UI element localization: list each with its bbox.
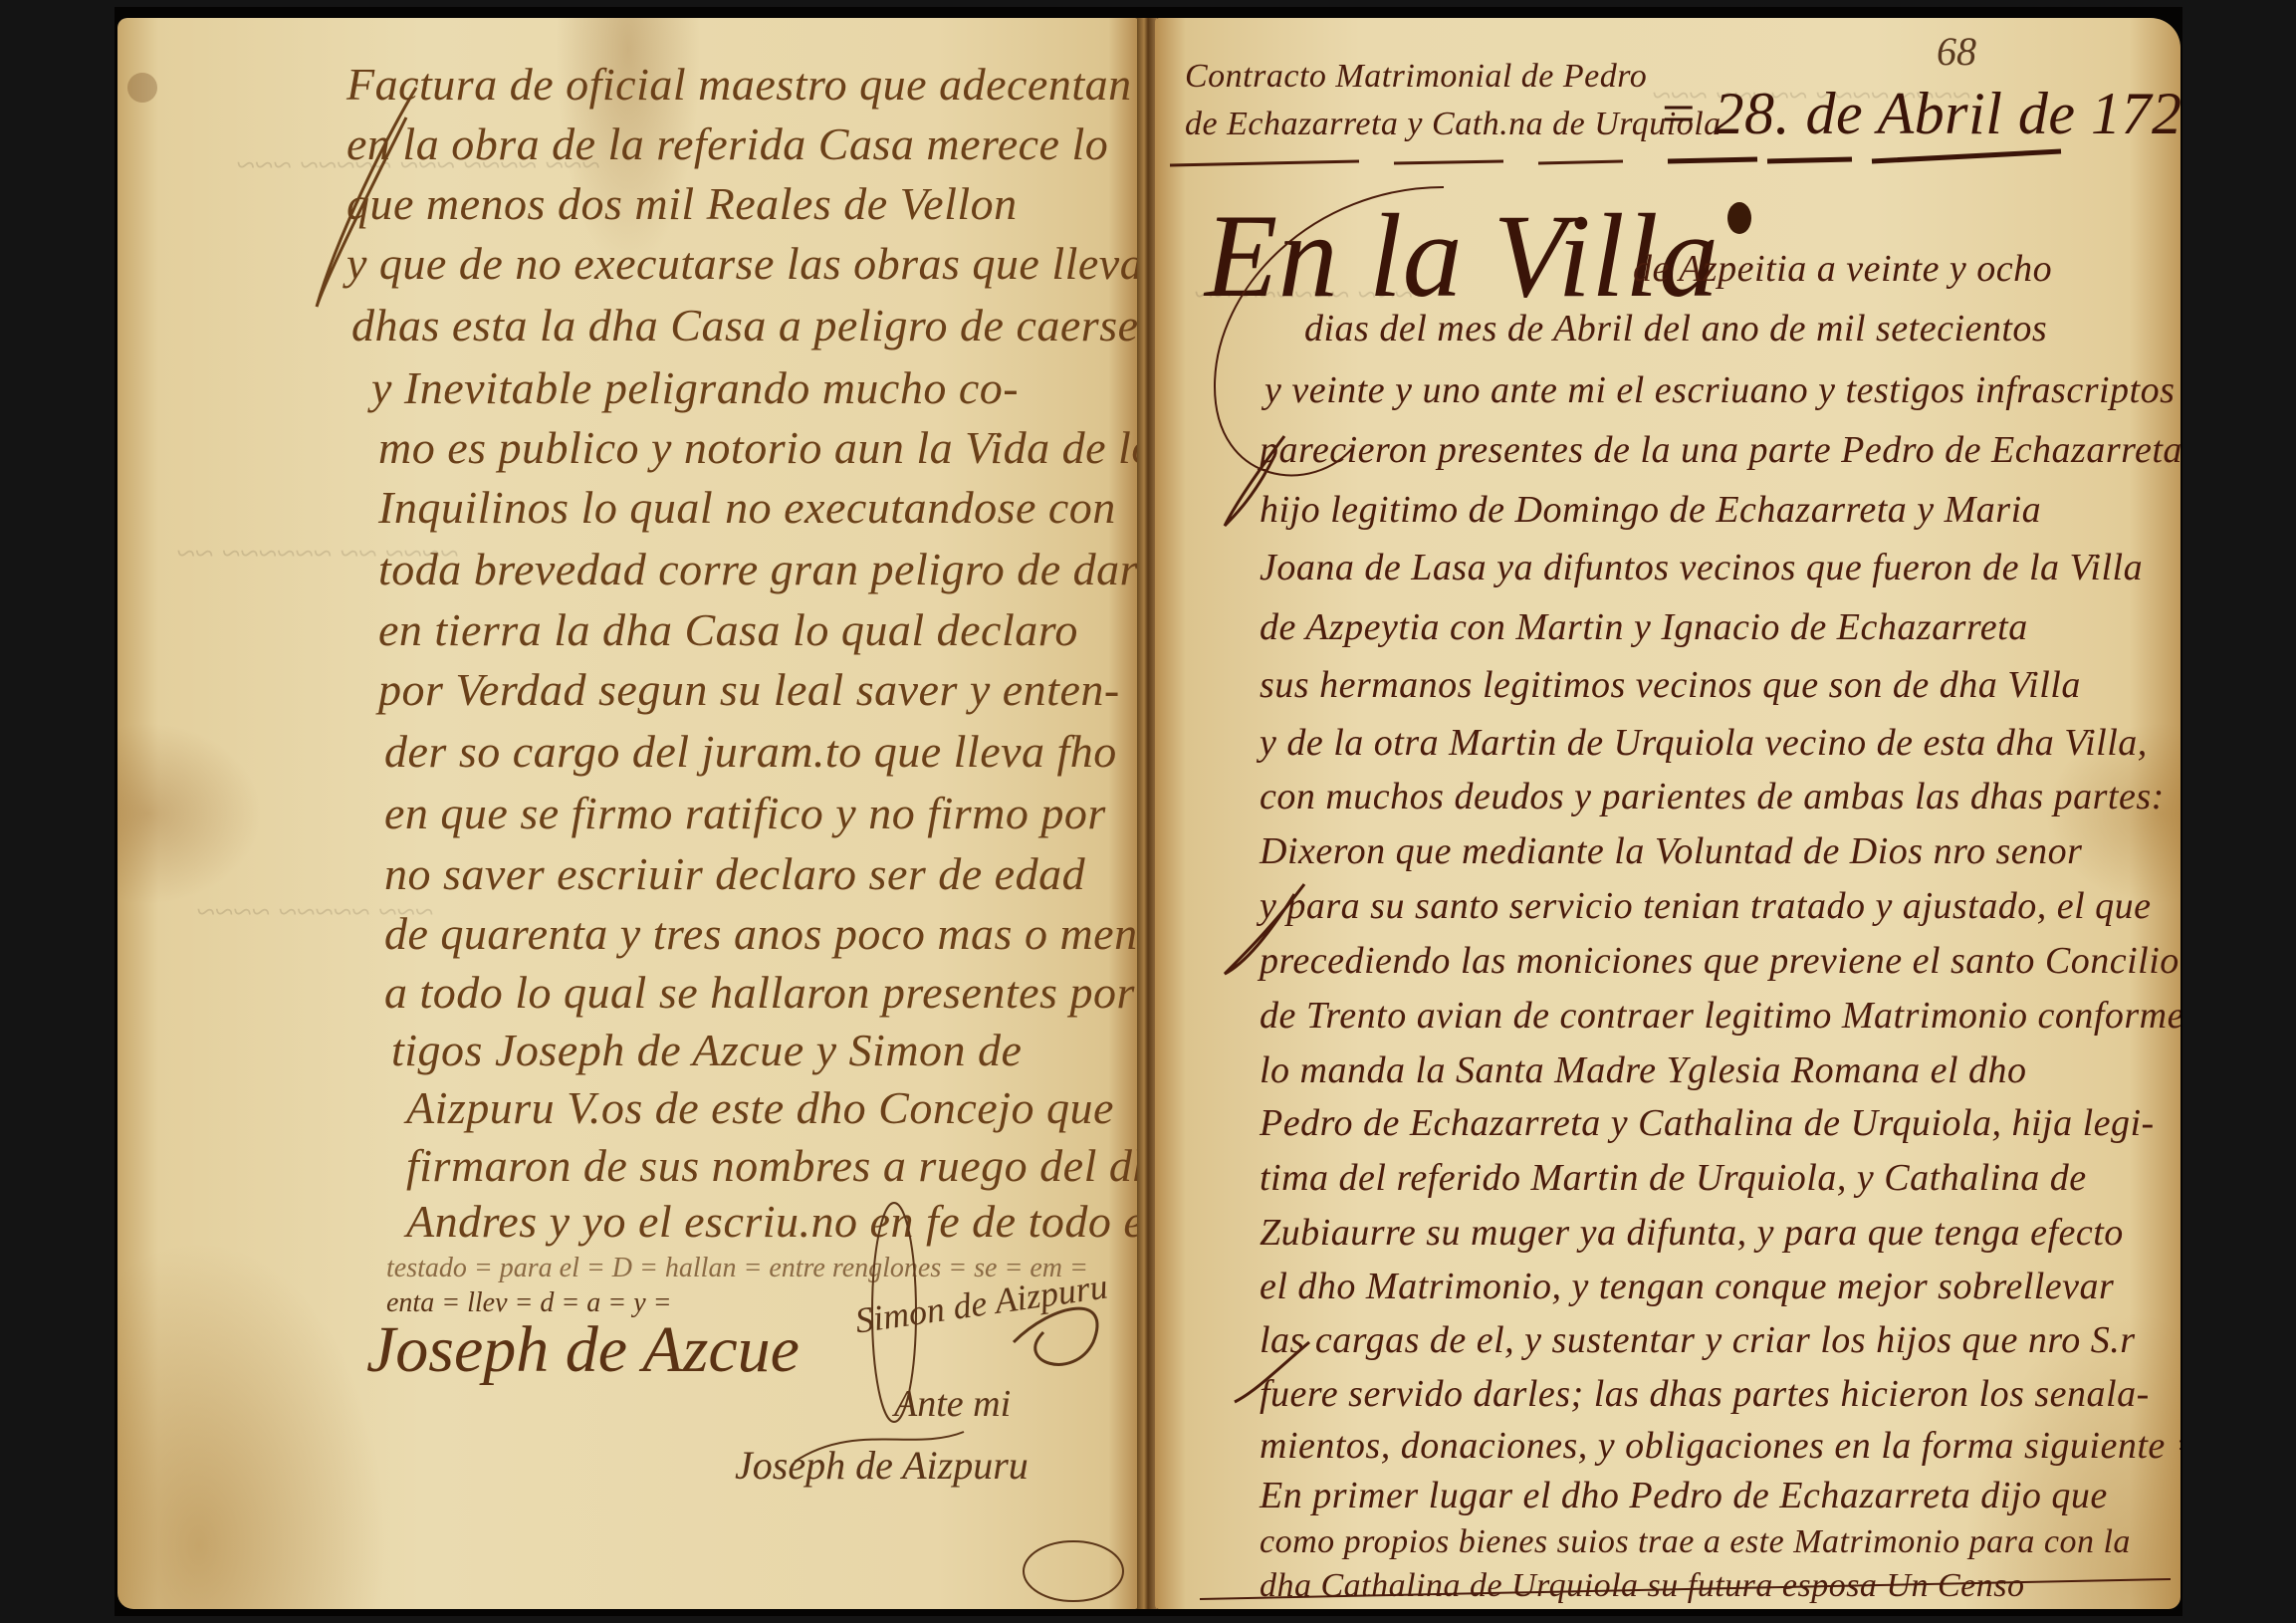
text-line: tigos Joseph de Azcue y Simon de bbox=[391, 1024, 1022, 1076]
text-line: en tierra la dha Casa lo qual declaro bbox=[378, 603, 1078, 656]
text-line: precediendo las moniciones que previene … bbox=[1260, 939, 2180, 983]
left-page: ~~~ ~~~~ ~~~ ~~~~~ ~~~ ~~~~ ~~ ~~~~~~ ~~… bbox=[117, 18, 1139, 1609]
heading-line-1: Contracto Matrimonial de Pedro bbox=[1185, 58, 1647, 96]
text-line: y Inevitable peligrando mucho co- bbox=[371, 361, 1019, 414]
text-line: en que se firmo ratifico y no firmo por bbox=[384, 787, 1106, 839]
text-line: sus hermanos legitimos vecinos que son d… bbox=[1260, 663, 2081, 707]
text-line: dhas esta la dha Casa a peligro de caers… bbox=[351, 299, 1139, 351]
text-line: Dixeron que mediante la Voluntad de Dios… bbox=[1260, 829, 2082, 873]
text-line: en la obra de la referida Casa merece lo bbox=[346, 117, 1108, 170]
text-line: el dho Matrimonio, y tengan conque mejor… bbox=[1260, 1265, 2114, 1308]
heading-line-2: de Echazarreta y Cath.na de Urquiola bbox=[1185, 106, 1722, 143]
signature-ante-mi: Ante mi bbox=[894, 1382, 1011, 1426]
text-line: dha Cathalina de Urquiola su futura espo… bbox=[1260, 1567, 2025, 1605]
document-date: = 28. de Abril de 1721 = bbox=[1658, 80, 2181, 148]
text-line: Pedro de Echazarreta y Cathalina de Urqu… bbox=[1260, 1101, 2155, 1145]
text-line: tima del referido Martin de Urquiola, y … bbox=[1260, 1156, 2087, 1200]
stain bbox=[127, 73, 157, 103]
text-line: dias del mes de Abril del ano de mil set… bbox=[1304, 307, 2047, 350]
text-line: a todo lo qual se hallaron presentes por… bbox=[384, 966, 1139, 1019]
text-line: no saver escriuir declaro ser de edad bbox=[384, 847, 1085, 900]
signature-joseph-de-azcue: Joseph de Azcue bbox=[366, 1312, 800, 1388]
text-line: de Azpeytia con Martin y Ignacio de Echa… bbox=[1260, 605, 2028, 649]
text-line: de quarenta y tres anos poco mas o menos bbox=[384, 907, 1139, 960]
text-line: lo manda la Santa Madre Yglesia Romana e… bbox=[1260, 1048, 2027, 1092]
signature-notary: Joseph de Aizpuru bbox=[735, 1442, 1029, 1489]
text-line: der so cargo del juram.to que lleva fho bbox=[384, 725, 1117, 778]
margin-note: testado = para el = D = hallan = entre r… bbox=[386, 1253, 1088, 1284]
text-line: fuere servido darles; las dhas partes hi… bbox=[1260, 1372, 2150, 1416]
book-gutter bbox=[1137, 18, 1157, 1609]
text-line: parecieron presentes de la una parte Ped… bbox=[1260, 428, 2181, 472]
text-line: mientos, donaciones, y obligaciones en l… bbox=[1260, 1424, 2181, 1468]
text-line: y veinte y uno ante mi el escriuano y te… bbox=[1264, 368, 2175, 412]
text-line: Inquilinos lo qual no executandose con bbox=[378, 481, 1116, 534]
text-line: En primer lugar el dho Pedro de Echazarr… bbox=[1260, 1474, 2108, 1517]
text-line: Joana de Lasa ya difuntos vecinos que fu… bbox=[1260, 546, 2143, 589]
text-line: de Azpeitia a veinte y ocho bbox=[1633, 247, 2052, 291]
text-line: y de la otra Martin de Urquiola vecino d… bbox=[1260, 721, 2148, 765]
text-line: toda brevedad corre gran peligro de dar bbox=[378, 543, 1138, 595]
text-line: y que de no executarse las obras que lle… bbox=[346, 237, 1139, 290]
text-line: con muchos deudos y parientes de ambas l… bbox=[1260, 775, 2165, 818]
text-line: que menos dos mil Reales de Vellon bbox=[346, 177, 1018, 230]
text-line: las cargas de el, y sustentar y criar lo… bbox=[1260, 1318, 2136, 1362]
text-line: hijo legitimo de Domingo de Echazarreta … bbox=[1260, 488, 2041, 532]
text-line: Factura de oficial maestro que adecentan bbox=[346, 58, 1132, 111]
ink-blot bbox=[1727, 202, 1751, 234]
text-line: Zubiaurre su muger ya difunta, y para qu… bbox=[1260, 1211, 2124, 1255]
text-line: firmaron de sus nombres a ruego del dho bbox=[406, 1139, 1139, 1192]
text-line: de Trento avian de contraer legitimo Mat… bbox=[1260, 994, 2181, 1038]
text-line: Andres y yo el escriu.no en fe de todo e… bbox=[406, 1195, 1139, 1248]
text-line: como propios bienes suios trae a este Ma… bbox=[1260, 1523, 2131, 1561]
heading-underline bbox=[1165, 145, 2161, 185]
text-line: Aizpuru V.os de este dho Concejo que bbox=[406, 1081, 1114, 1134]
right-page: ~~~~ ~~~~ ~~~~~ ~~~ ~~~ ~~~~~~ ~~ 68 Con… bbox=[1155, 18, 2181, 1609]
text-line: mo es publico y notorio aun la Vida de l… bbox=[378, 421, 1139, 474]
text-line: por Verdad segun su leal saver y enten- bbox=[378, 663, 1120, 716]
text-line: y para su santo servicio tenian tratado … bbox=[1260, 884, 2152, 928]
folio-number: 68 bbox=[1937, 28, 1976, 75]
